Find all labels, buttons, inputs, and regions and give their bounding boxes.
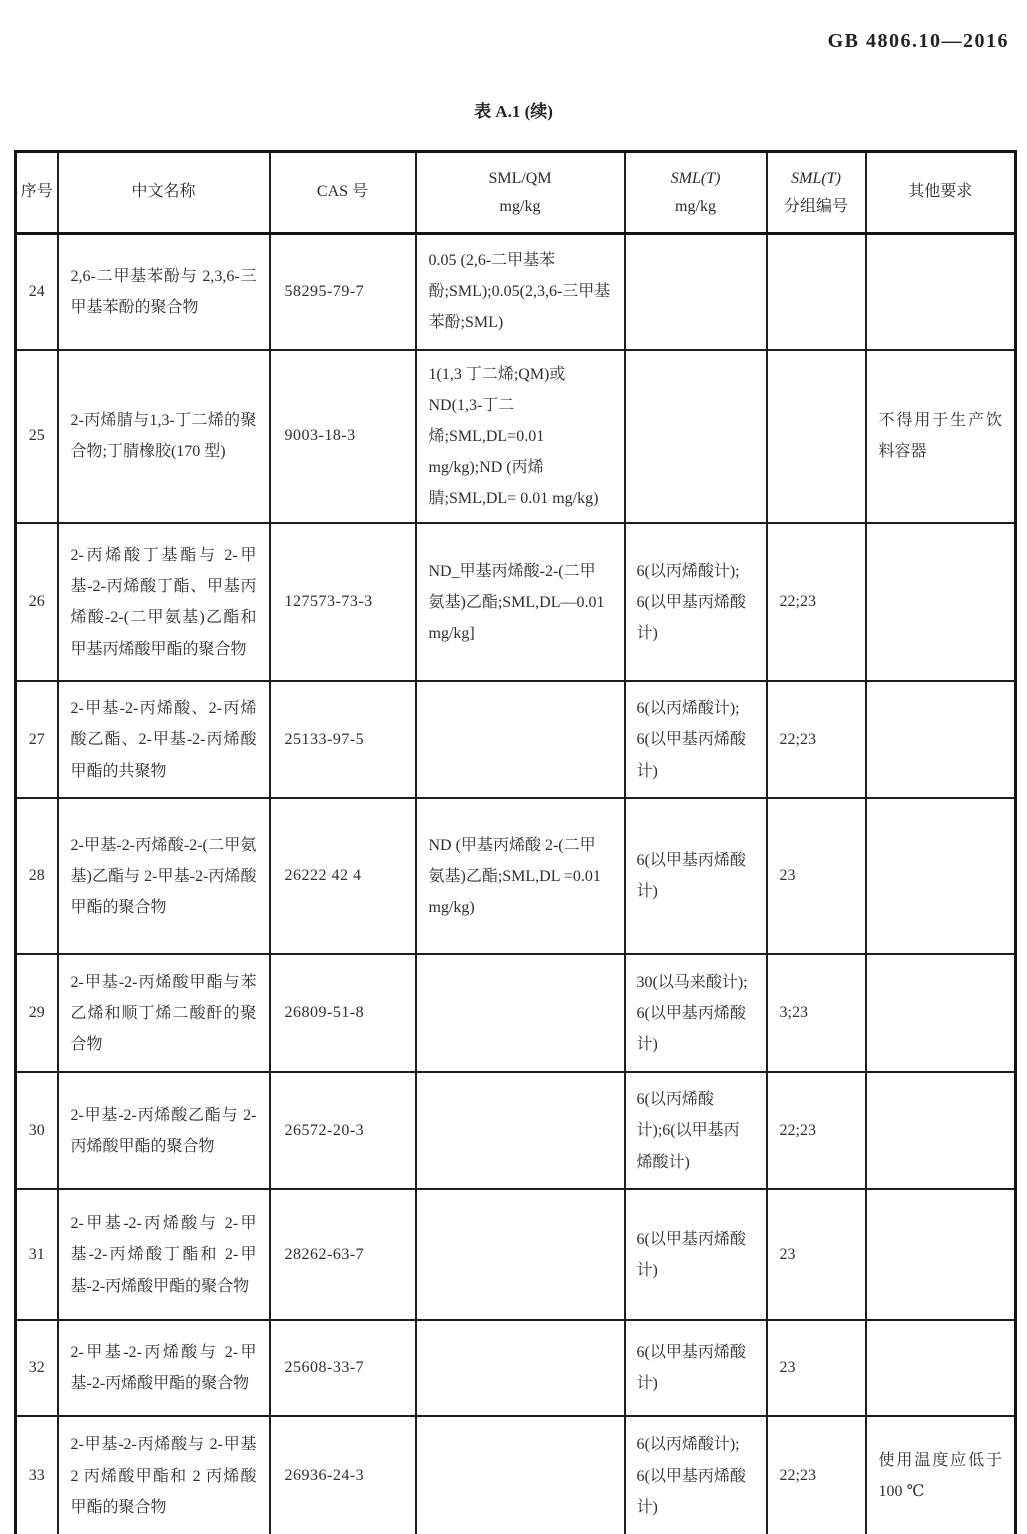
chinese-name: 2-甲基-2-丙烯酸与 2-甲基-2-丙烯酸甲酯的聚合物 xyxy=(58,1320,270,1416)
chinese-name: 2-甲基-2-丙烯酸甲酯与苯乙烯和顺丁烯二酸酐的聚合物 xyxy=(58,954,270,1072)
sml-qm-value xyxy=(416,1320,625,1416)
row-number: 33 xyxy=(16,1416,58,1534)
cas-number: 127573-73-3 xyxy=(270,523,416,681)
sml-t-value: 6(以丙烯酸计); 6(以甲基丙烯酸计) xyxy=(625,1416,767,1534)
sml-t-value: 6(以丙烯酸计); 6(以甲基丙烯酸计) xyxy=(625,523,767,681)
row-number: 28 xyxy=(16,798,58,954)
row-number: 26 xyxy=(16,523,58,681)
sml-t-value xyxy=(625,350,767,524)
cas-number: 25133-97-5 xyxy=(270,681,416,798)
table-row: 25 2-丙烯腈与1,3-丁二烯的聚合物;丁腈橡胶(170 型) 9003-18… xyxy=(16,350,1016,524)
header-group: SML(T) 分组编号 xyxy=(767,152,866,234)
sml-t-value: 30(以马来酸计); 6(以甲基丙烯酸计) xyxy=(625,954,767,1072)
sml-qm-value xyxy=(416,954,625,1072)
chinese-name: 2-丙烯酸丁基酯与 2-甲基-2-丙烯酸丁酯、甲基丙烯酸-2-(二甲氨基)乙酯和… xyxy=(58,523,270,681)
cas-number: 9003-18-3 xyxy=(270,350,416,524)
sml-qm-value: 1(1,3 丁二烯;QM)或 ND(1,3-丁二烯;SML,DL=0.01 mg… xyxy=(416,350,625,524)
chinese-name: 2-甲基-2-丙烯酸与 2-甲基-2-丙烯酸丁酯和 2-甲基-2-丙烯酸甲酯的聚… xyxy=(58,1189,270,1320)
header-sml-qm-line2: mg/kg xyxy=(417,193,624,221)
sml-t-group-number xyxy=(767,350,866,524)
sml-qm-value: ND_甲基丙烯酸-2-(二甲氨基)乙酯;SML,DL—0.01 mg/kg] xyxy=(416,523,625,681)
row-number: 24 xyxy=(16,234,58,350)
other-requirements xyxy=(866,1320,1016,1416)
chinese-name: 2-甲基-2-丙烯酸-2-(二甲氨基)乙酯与 2-甲基-2-丙烯酸甲酯的聚合物 xyxy=(58,798,270,954)
sml-t-value: 6(以甲基丙烯酸计) xyxy=(625,1320,767,1416)
sml-qm-value: ND (甲基丙烯酸 2-(二甲氨基)乙酯;SML,DL =0.01 mg/kg) xyxy=(416,798,625,954)
table-row: 24 2,6-二甲基苯酚与 2,3,6-三甲基苯酚的聚合物 58295-79-7… xyxy=(16,234,1016,350)
header-other: 其他要求 xyxy=(866,152,1016,234)
sml-t-value: 6(以甲基丙烯酸计) xyxy=(625,798,767,954)
table-row: 29 2-甲基-2-丙烯酸甲酯与苯乙烯和顺丁烯二酸酐的聚合物 26809-51-… xyxy=(16,954,1016,1072)
table-row: 27 2-甲基-2-丙烯酸、2-丙烯酸乙酯、2-甲基-2-丙烯酸甲酯的共聚物 2… xyxy=(16,681,1016,798)
substances-table: 序号 中文名称 CAS 号 SML/QM mg/kg SML(T) mg/kg … xyxy=(14,150,1017,1534)
sml-t-group-number: 23 xyxy=(767,1320,866,1416)
chinese-name: 2-丙烯腈与1,3-丁二烯的聚合物;丁腈橡胶(170 型) xyxy=(58,350,270,524)
sml-t-group-number: 22;23 xyxy=(767,681,866,798)
document-page: GB 4806.10—2016 表 A.1 (续) 序号 中文名称 CAS 号 … xyxy=(0,0,1027,1534)
header-cas: CAS 号 xyxy=(270,152,416,234)
other-requirements xyxy=(866,798,1016,954)
sml-qm-value xyxy=(416,1416,625,1534)
row-number: 30 xyxy=(16,1072,58,1189)
standard-number: GB 4806.10—2016 xyxy=(828,30,1009,53)
cas-number: 58295-79-7 xyxy=(270,234,416,350)
header-chinese-name: 中文名称 xyxy=(58,152,270,234)
cas-number: 26936-24-3 xyxy=(270,1416,416,1534)
cas-number: 26809-51-8 xyxy=(270,954,416,1072)
table-row: 31 2-甲基-2-丙烯酸与 2-甲基-2-丙烯酸丁酯和 2-甲基-2-丙烯酸甲… xyxy=(16,1189,1016,1320)
other-requirements: 不得用于生产饮料容器 xyxy=(866,350,1016,524)
sml-t-group-number: 22;23 xyxy=(767,1416,866,1534)
other-requirements xyxy=(866,681,1016,798)
chinese-name: 2-甲基-2-丙烯酸、2-丙烯酸乙酯、2-甲基-2-丙烯酸甲酯的共聚物 xyxy=(58,681,270,798)
cas-number: 25608-33-7 xyxy=(270,1320,416,1416)
header-no: 序号 xyxy=(16,152,58,234)
sml-t-group-number: 23 xyxy=(767,1189,866,1320)
header-sml-t-line1: SML(T) xyxy=(626,165,766,193)
sml-qm-value xyxy=(416,1072,625,1189)
table-header-row: 序号 中文名称 CAS 号 SML/QM mg/kg SML(T) mg/kg … xyxy=(16,152,1016,234)
sml-t-value: 6(以甲基丙烯酸计) xyxy=(625,1189,767,1320)
table-row: 30 2-甲基-2-丙烯酸乙酯与 2-丙烯酸甲酯的聚合物 26572-20-3 … xyxy=(16,1072,1016,1189)
sml-t-value: 6(以丙烯酸计); 6(以甲基丙烯酸计) xyxy=(625,681,767,798)
sml-qm-value xyxy=(416,681,625,798)
sml-t-group-number: 3;23 xyxy=(767,954,866,1072)
sml-qm-value xyxy=(416,1189,625,1320)
cas-number: 26572-20-3 xyxy=(270,1072,416,1189)
other-requirements: 使用温度应低于 100 ℃ xyxy=(866,1416,1016,1534)
cas-number: 28262-63-7 xyxy=(270,1189,416,1320)
table-title: 表 A.1 (续) xyxy=(0,97,1027,122)
table-row: 32 2-甲基-2-丙烯酸与 2-甲基-2-丙烯酸甲酯的聚合物 25608-33… xyxy=(16,1320,1016,1416)
table-row: 28 2-甲基-2-丙烯酸-2-(二甲氨基)乙酯与 2-甲基-2-丙烯酸甲酯的聚… xyxy=(16,798,1016,954)
row-number: 27 xyxy=(16,681,58,798)
header-sml-t: SML(T) mg/kg xyxy=(625,152,767,234)
sml-t-group-number: 23 xyxy=(767,798,866,954)
other-requirements xyxy=(866,523,1016,681)
chinese-name: 2-甲基-2-丙烯酸乙酯与 2-丙烯酸甲酯的聚合物 xyxy=(58,1072,270,1189)
sml-t-group-number: 22;23 xyxy=(767,523,866,681)
other-requirements xyxy=(866,954,1016,1072)
row-number: 32 xyxy=(16,1320,58,1416)
sml-qm-value: 0.05 (2,6-二甲基苯酚;SML);0.05(2,3,6-三甲基苯酚;SM… xyxy=(416,234,625,350)
sml-t-group-number: 22;23 xyxy=(767,1072,866,1189)
row-number: 25 xyxy=(16,350,58,524)
row-number: 31 xyxy=(16,1189,58,1320)
header-sml-t-line2: mg/kg xyxy=(626,193,766,221)
table-row: 33 2-甲基-2-丙烯酸与 2-甲基 2 丙烯酸甲酯和 2 丙烯酸甲酯的聚合物… xyxy=(16,1416,1016,1534)
other-requirements xyxy=(866,1189,1016,1320)
header-group-line1: SML(T) xyxy=(768,165,865,193)
header-sml-qm: SML/QM mg/kg xyxy=(416,152,625,234)
sml-t-value: 6(以丙烯酸计);6(以甲基丙烯酸计) xyxy=(625,1072,767,1189)
row-number: 29 xyxy=(16,954,58,1072)
other-requirements xyxy=(866,1072,1016,1189)
header-sml-qm-line1: SML/QM xyxy=(417,165,624,193)
chinese-name: 2-甲基-2-丙烯酸与 2-甲基 2 丙烯酸甲酯和 2 丙烯酸甲酯的聚合物 xyxy=(58,1416,270,1534)
sml-t-value xyxy=(625,234,767,350)
header-group-line2: 分组编号 xyxy=(768,193,865,221)
chinese-name: 2,6-二甲基苯酚与 2,3,6-三甲基苯酚的聚合物 xyxy=(58,234,270,350)
cas-number: 26222 42 4 xyxy=(270,798,416,954)
sml-t-group-number xyxy=(767,234,866,350)
other-requirements xyxy=(866,234,1016,350)
table-row: 26 2-丙烯酸丁基酯与 2-甲基-2-丙烯酸丁酯、甲基丙烯酸-2-(二甲氨基)… xyxy=(16,523,1016,681)
